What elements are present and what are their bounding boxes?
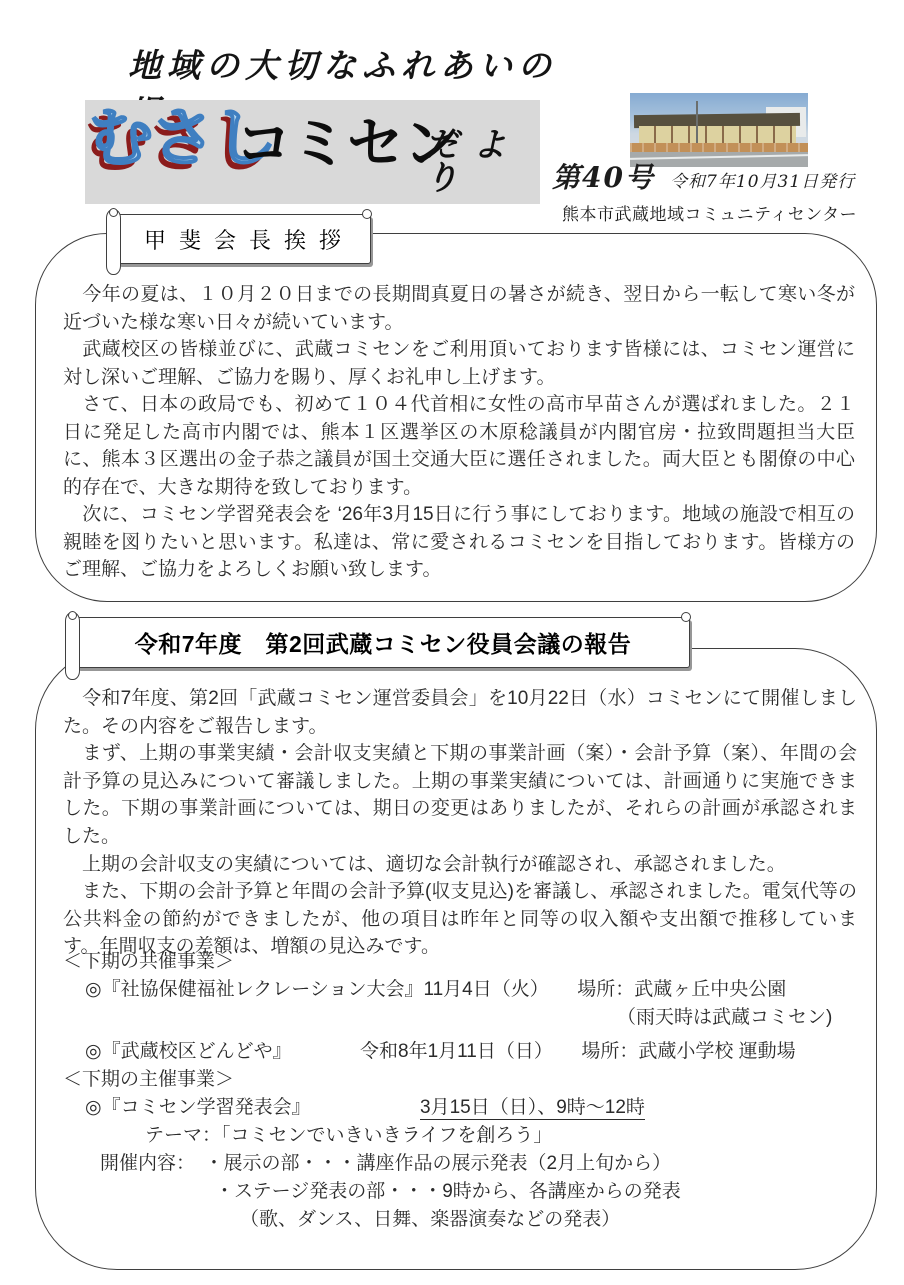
photo-fence — [630, 143, 808, 152]
masthead: むさし コミセン だより — [85, 100, 540, 204]
masthead-title-dayori: だより — [425, 128, 540, 194]
photo-pole — [696, 101, 698, 145]
event-dondoya-label: ◎『武蔵校区どんどや』 — [85, 1038, 360, 1066]
event-dondoya-info: 令和8年1月11日（日） 場所：武蔵小学校 運動場 — [360, 1041, 796, 1062]
event-theme: テーマ：「コミセンでいきいきライフを創ろう」 — [145, 1122, 863, 1150]
scroll-roll-icon — [65, 612, 80, 680]
paragraph: 令和7年度、第2回「武蔵コミセン運営委員会」を10月22日（水）コミセンにて開催… — [63, 685, 857, 740]
paragraph: 今年の夏は、１０月２０日までの長期間真夏日の暑さが続き、翌日から一転して寒い冬が… — [63, 281, 855, 336]
section-meeting-title: 令和7年度 第2回武蔵コミセン役員会議の報告 — [135, 626, 632, 659]
joint-events-heading: ＜下期の共催事業＞ — [63, 948, 863, 976]
event-recreation: ◎『社協保健福祉レクレーション大会』11月4日（火） 場所：武蔵ヶ丘中央公園 — [85, 976, 863, 1004]
section-greeting-title: 甲斐会長挨拶 — [134, 224, 354, 255]
paragraph: 武蔵校区の皆様並びに、武蔵コミセンをご利用頂いております皆様には、コミセン運営に… — [63, 336, 855, 391]
scroll-roll-icon — [106, 209, 121, 275]
scroll-curl-left-icon — [68, 611, 77, 620]
event-content-genres: （歌、ダンス、日舞、楽器演奏などの発表） — [240, 1206, 863, 1234]
scroll-curl-right-icon — [362, 209, 372, 219]
event-content-stage: ・ステージ発表の部・・・9時から、各講座からの発表 — [215, 1178, 863, 1206]
event-dondoya: ◎『武蔵校区どんどや』令和8年1月11日（日） 場所：武蔵小学校 運動場 — [85, 1038, 863, 1066]
photo-wall — [639, 126, 796, 144]
events-list: ＜下期の共催事業＞ ◎『社協保健福祉レクレーション大会』11月4日（火） 場所：… — [63, 948, 863, 1234]
issue-line: 第40号 令和7年10月31日発行 — [552, 156, 882, 196]
publisher-name: 熊本市武蔵地域コミュニティセンター — [562, 200, 892, 225]
event-rain-note: （雨天時は武蔵コミセン) — [617, 1004, 863, 1032]
event-presentation-label: ◎『コミセン学習発表会』 — [85, 1094, 420, 1122]
meeting-report-text: 令和7年度、第2回「武蔵コミセン運営委員会」を10月22日（水）コミセンにて開催… — [63, 685, 857, 961]
paragraph: まず、上期の事業実績・会計収支実績と下期の事業計画（案）・会計予算（案）、年間の… — [63, 740, 857, 850]
greeting-text: 今年の夏は、１０月２０日までの長期間真夏日の暑さが続き、翌日から一転して寒い冬が… — [63, 281, 855, 584]
issue-date: 令和7年10月31日発行 — [670, 172, 855, 192]
paragraph: 次に、コミセン学習発表会を ‘26年3月15日に行う事にしております。地域の施設… — [63, 501, 855, 584]
event-presentation-date: 3月15日（日）、9時～12時 — [420, 1097, 645, 1120]
event-content-exhibit: 開催内容： ・展示の部・・・講座作品の展示発表（2月上旬から） — [100, 1150, 863, 1178]
section-meeting-banner: 令和7年度 第2回武蔵コミセン役員会議の報告 — [76, 617, 690, 668]
section-greeting-banner: 甲斐会長挨拶 — [117, 214, 371, 264]
event-presentation: ◎『コミセン学習発表会』3月15日（日）、9時～12時 — [85, 1094, 863, 1122]
paragraph: 上期の会計収支の実績については、適切な会計執行が確認され、承認されました。 — [63, 851, 857, 879]
host-events-heading: ＜下期の主催事業＞ — [63, 1066, 863, 1094]
scroll-curl-left-icon — [109, 208, 118, 217]
scroll-curl-right-icon — [681, 612, 691, 622]
paragraph: さて、日本の政局でも、初めて１０４代首相に女性の高市早苗さんが選ばれました。２１… — [63, 391, 855, 501]
issue-number: 第40号 — [552, 161, 655, 194]
